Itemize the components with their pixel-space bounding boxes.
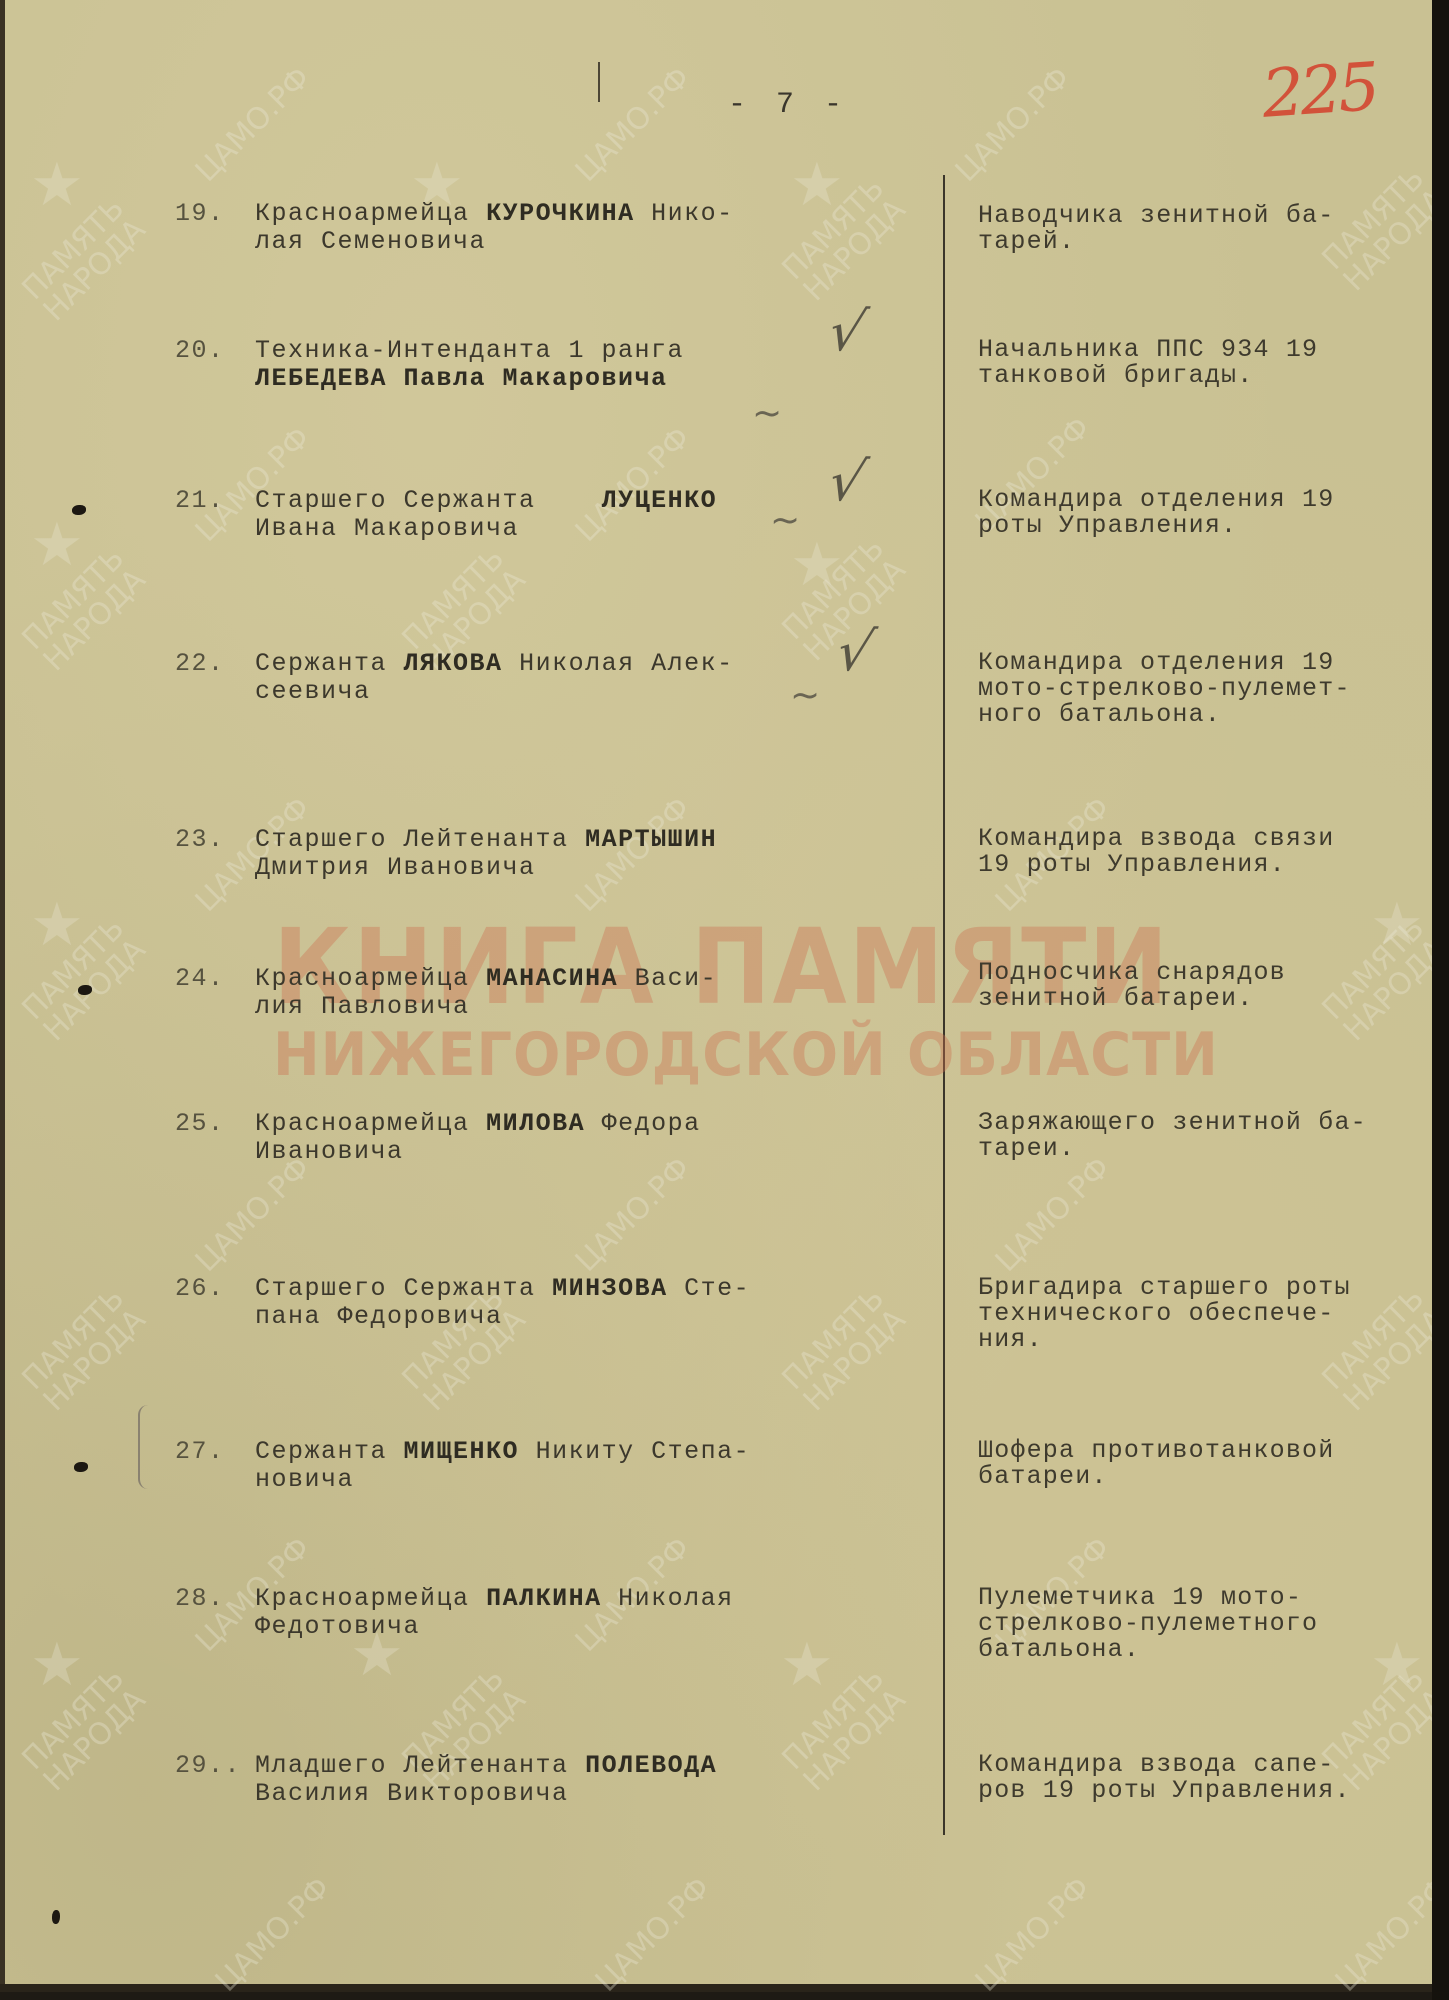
watermark-pamyat: ПАМЯТЬ НАРОДА: [18, 543, 151, 676]
page-bottom-edge: [0, 1984, 1432, 1992]
star-watermark-icon: ★: [1370, 890, 1424, 960]
award-entry-name: 25. Красноармейца МИЛОВА Федора Иванович…: [175, 1110, 835, 1222]
watermark-camo: ЦАМО.РФ: [951, 63, 1076, 188]
punch-hole: [74, 1462, 88, 1472]
award-entry-name: 29.. Младшего Лейтенанта ПОЛЕВОДА Васили…: [175, 1752, 835, 1864]
watermark-camo: ЦАМО.РФ: [211, 1873, 336, 1992]
watermark-camo: ЦАМО.РФ: [571, 63, 696, 188]
surname: МАНАСИНА: [486, 964, 618, 993]
entry-name-text: Старшего Сержанта ЛУЦЕНКО Ивана Макарови…: [255, 487, 717, 543]
award-entry-name: 24. Красноармейца МАНАСИНА Васи- лия Пав…: [175, 965, 835, 1077]
entry-number: 19.: [175, 200, 255, 228]
watermark-pamyat: ПАМЯТЬ НАРОДА: [18, 1663, 151, 1796]
checkmark-icon: √: [822, 450, 872, 513]
award-entry-name: 21. Старшего Сержанта ЛУЦЕНКО Ивана Мака…: [175, 487, 835, 599]
checkmark-icon: √: [830, 620, 880, 683]
star-watermark-icon: ★: [30, 1630, 84, 1700]
entry-name-text: Младшего Лейтенанта ПОЛЕВОДА Василия Вик…: [255, 1752, 717, 1808]
award-entry-position: Командира отделения 19 мото-стрелково-пу…: [978, 650, 1428, 728]
watermark-camo: ЦАМО.РФ: [591, 1873, 716, 1992]
award-entry-position: Командира взвода связи 19 роты Управлени…: [978, 826, 1428, 878]
watermark-camo: ЦАМО.РФ: [991, 1153, 1116, 1278]
page-number: - 7 -: [728, 88, 848, 122]
scan-border: [1432, 0, 1449, 2000]
tilde-mark-icon: ~: [790, 675, 820, 716]
entry-number: 28.: [175, 1585, 255, 1613]
column-divider: [943, 175, 945, 1835]
archive-page-number: 225: [1259, 48, 1378, 133]
surname: МАРТЫШИН: [585, 825, 717, 854]
entry-name-text: Красноармейца ПАЛКИНА Николая Федотовича: [255, 1585, 734, 1641]
watermark-camo: ЦАМО.РФ: [971, 1873, 1096, 1992]
award-entry-name: 22. Сержанта ЛЯКОВА Николая Алек- сеевич…: [175, 650, 835, 762]
entry-number: 22.: [175, 650, 255, 678]
tilde-mark-icon: ~: [770, 500, 800, 541]
surname: МИЛОВА: [486, 1109, 585, 1138]
document-page: ЦАМО.РФ ЦАМО.РФ ЦАМО.РФ ПАМЯТЬ НАРОДА ПА…: [0, 0, 1432, 1992]
award-entry-position: Начальника ППС 934 19 танковой бригады.: [978, 337, 1428, 389]
award-entry-position: Шофера противотанковой батареи.: [978, 1438, 1428, 1490]
award-entry-position: Командира взвода сапе- ров 19 роты Управ…: [978, 1752, 1428, 1804]
entry-number: 21.: [175, 487, 255, 515]
entry-name-text: Техника-Интенданта 1 ранга ЛЕБЕДЕВА Павл…: [255, 337, 684, 393]
award-entry-name: 19. Красноармейца КУРОЧКИНА Нико- лая Се…: [175, 200, 835, 312]
entry-number: 23.: [175, 826, 255, 854]
award-entry-name: 26. Старшего Сержанта МИНЗОВА Сте- пана …: [175, 1275, 835, 1387]
award-entry-name: 20. Техника-Интенданта 1 ранга ЛЕБЕДЕВА …: [175, 337, 835, 449]
surname: МИНЗОВА: [552, 1274, 668, 1303]
pencil-mark: [598, 62, 600, 102]
entry-number: 29..: [175, 1752, 255, 1780]
star-watermark-icon: ★: [30, 510, 84, 580]
award-entry-position: Наводчика зенитной ба- тарей.: [978, 203, 1428, 255]
entry-number: 20.: [175, 337, 255, 365]
punch-hole: [78, 985, 92, 995]
award-entry-position: Командира отделения 19 роты Управления.: [978, 487, 1428, 539]
award-entry-position: Заряжающего зенитной ба- тареи.: [978, 1110, 1428, 1162]
watermark-camo: ЦАМО.РФ: [191, 63, 316, 188]
punch-hole: [52, 1910, 60, 1924]
surname: КУРОЧКИНА: [486, 199, 635, 228]
watermark-camo: ЦАМО.РФ: [1331, 1873, 1432, 1992]
pencil-bracket-mark: [138, 1405, 152, 1489]
entry-number: 27.: [175, 1438, 255, 1466]
tilde-mark-icon: ~: [752, 393, 782, 434]
star-watermark-icon: ★: [30, 890, 84, 960]
award-entry-position: Пулеметчика 19 мото- стрелково-пулеметно…: [978, 1585, 1428, 1663]
entry-name-text: Красноармейца КУРОЧКИНА Нико- лая Семено…: [255, 200, 734, 256]
watermark-pamyat: ПАМЯТЬ НАРОДА: [18, 193, 151, 326]
award-entry-name: 23. Старшего Лейтенанта МАРТЫШИН Дмитрия…: [175, 826, 835, 938]
watermark-pamyat: ПАМЯТЬ НАРОДА: [18, 913, 151, 1046]
surname: ПОЛЕВОДА: [585, 1751, 717, 1780]
page-left-edge: [0, 0, 5, 1992]
star-watermark-icon: ★: [30, 150, 84, 220]
entry-name-text: Сержанта МИЩЕНКО Никиту Степа- новича: [255, 1438, 750, 1494]
entry-number: 25.: [175, 1110, 255, 1138]
entry-name-text: Красноармейца МИЛОВА Федора Ивановича: [255, 1110, 701, 1166]
award-entry-position: Бригадира старшего роты технического обе…: [978, 1275, 1428, 1353]
award-entry-name: 27. Сержанта МИЩЕНКО Никиту Степа- нович…: [175, 1438, 835, 1550]
entry-name-text: Сержанта ЛЯКОВА Николая Алек- сеевича: [255, 650, 734, 706]
surname: ЛЯКОВА: [404, 649, 503, 678]
watermark-pamyat: ПАМЯТЬ НАРОДА: [18, 1283, 151, 1416]
surname: МИЩЕНКО: [404, 1437, 520, 1466]
entry-number: 24.: [175, 965, 255, 993]
entry-number: 26.: [175, 1275, 255, 1303]
punch-hole: [72, 505, 86, 515]
entry-name-text: Старшего Лейтенанта МАРТЫШИН Дмитрия Ива…: [255, 826, 717, 882]
surname: ПАЛКИНА: [486, 1584, 602, 1613]
entry-name-text: Старшего Сержанта МИНЗОВА Сте- пана Федо…: [255, 1275, 750, 1331]
entry-name-text: Красноармейца МАНАСИНА Васи- лия Павлови…: [255, 965, 717, 1021]
award-entry-name: 28. Красноармейца ПАЛКИНА Николая Федото…: [175, 1585, 835, 1697]
award-entry-position: Подносчика снарядов зенитной батареи.: [978, 960, 1428, 1012]
surname: ЛУЦЕНКО: [602, 486, 718, 515]
